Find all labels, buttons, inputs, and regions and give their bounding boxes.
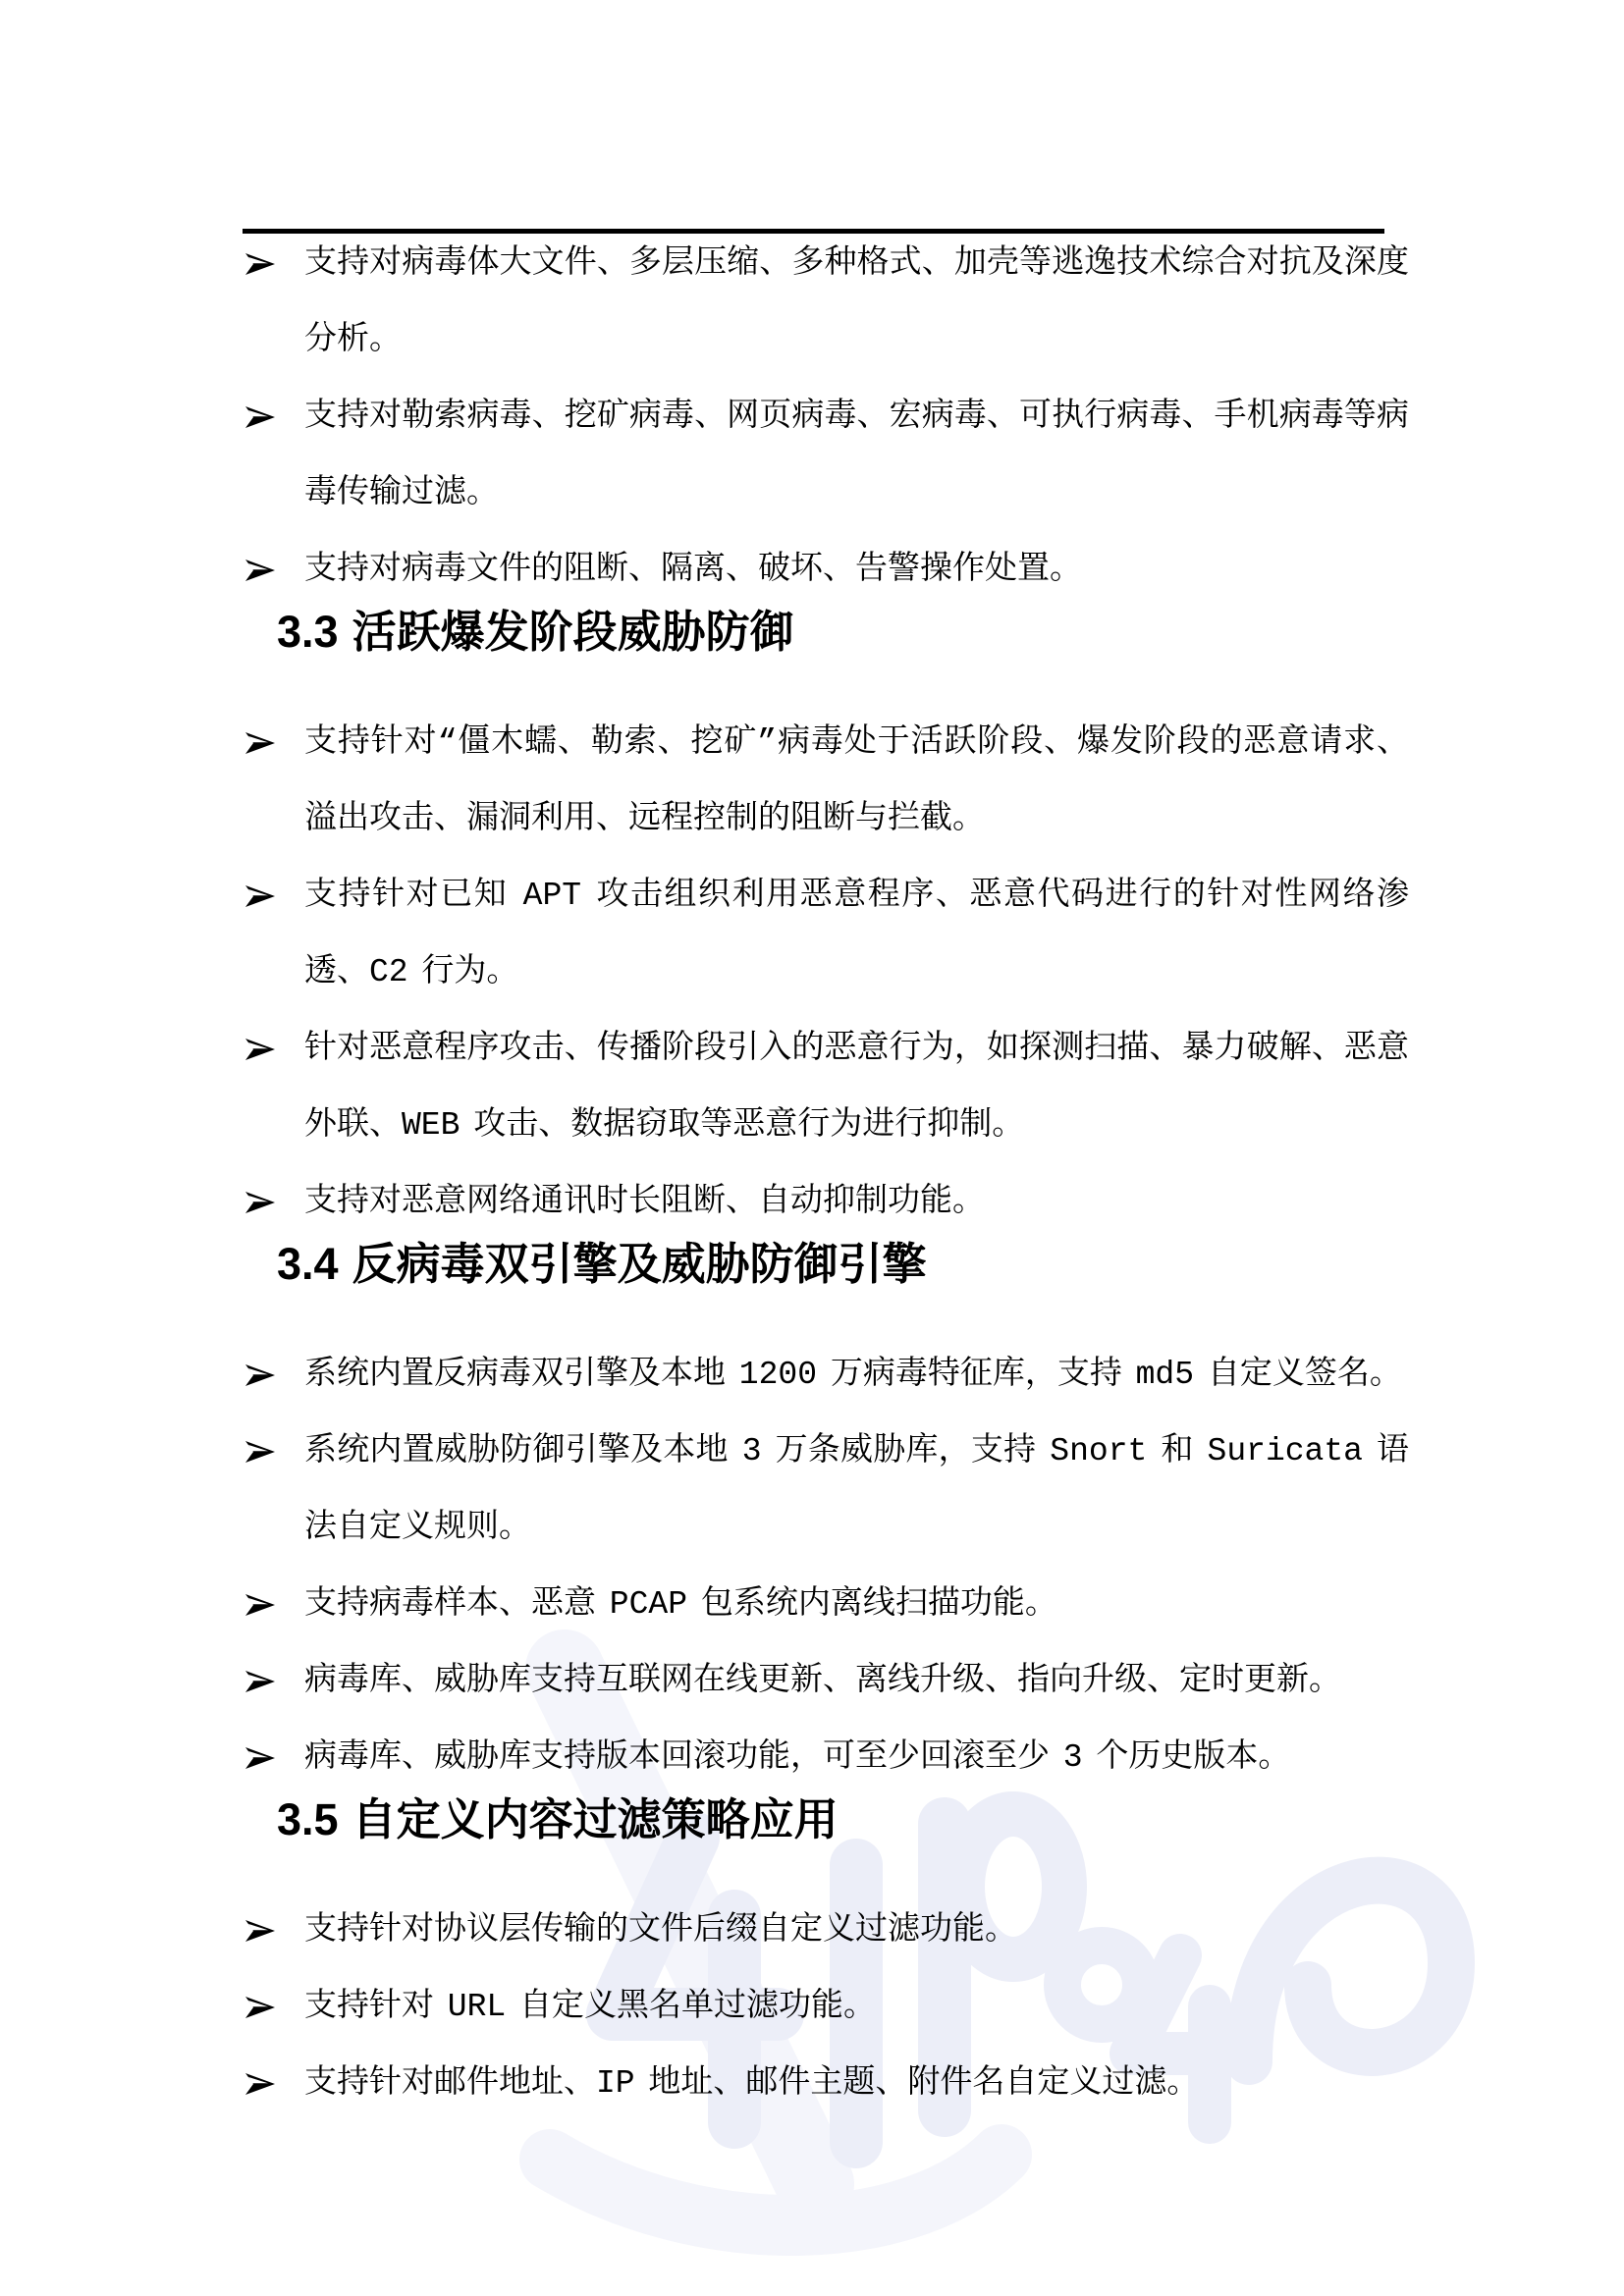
- bullet-arrowhead-icon: [244, 1918, 277, 1944]
- bullet-list: 支持对病毒体大文件、多层压缩、多种格式、加壳等逃逸技术综合对抗及深度分析。 支持…: [304, 226, 1409, 609]
- bullet-item-text: 支持对勒索病毒、挖矿病毒、网页病毒、宏病毒、可执行病毒、手机病毒等病毒传输过滤。: [304, 399, 1409, 511]
- bullet-arrowhead-icon: [244, 1037, 277, 1062]
- bullet-list: 支持针对协议层传输的文件后缀自定义过滤功能。 支持针对 URL 自定义黑名单过滤…: [304, 1893, 1409, 2122]
- section-number: 3.3: [277, 607, 339, 657]
- bullet-item-text: 针对恶意程序攻击、传播阶段引入的恶意行为，如探测扫描、暴力破解、恶意外联、WEB…: [304, 1031, 1409, 1144]
- section-title: 自定义内容过滤策略应用: [352, 1795, 839, 1844]
- bullet-item-text: 支持对恶意网络通讯时长阻断、自动抑制功能。: [304, 1184, 985, 1220]
- list-item: 系统内置反病毒双引擎及本地 1200 万病毒特征库，支持 md5 自定义签名。: [304, 1337, 1409, 1414]
- bullet-arrowhead-icon: [244, 730, 277, 756]
- bullet-list: 支持针对“僵木蠕、勒索、挖矿”病毒处于活跃阶段、爆发阶段的恶意请求、溢出攻击、漏…: [304, 705, 1409, 1241]
- list-item: 针对恶意程序攻击、传播阶段引入的恶意行为，如探测扫描、暴力破解、恶意外联、WEB…: [304, 1011, 1409, 1164]
- list-item: 支持针对邮件地址、IP 地址、邮件主题、附件名自定义过滤。: [304, 2046, 1409, 2122]
- bullet-list: 系统内置反病毒双引擎及本地 1200 万病毒特征库，支持 md5 自定义签名。 …: [304, 1337, 1409, 1796]
- list-item: 支持对勒索病毒、挖矿病毒、网页病毒、宏病毒、可执行病毒、手机病毒等病毒传输过滤。: [304, 379, 1409, 532]
- bullet-item-text: 系统内置反病毒双引擎及本地 1200 万病毒特征库，支持 md5 自定义签名。: [304, 1357, 1402, 1393]
- document-content: 支持对病毒体大文件、多层压缩、多种格式、加壳等逃逸技术综合对抗及深度分析。 支持…: [304, 226, 1409, 2122]
- bullet-arrowhead-icon: [244, 1995, 277, 2020]
- bullet-arrowhead-icon: [244, 1362, 277, 1388]
- section-number: 3.4: [277, 1239, 339, 1289]
- bullet-arrowhead-icon: [244, 251, 277, 277]
- list-item: 支持对病毒体大文件、多层压缩、多种格式、加壳等逃逸技术综合对抗及深度分析。: [304, 226, 1409, 379]
- bullet-arrowhead-icon: [244, 883, 277, 909]
- bullet-item-text: 系统内置威胁防御引擎及本地 3 万条威胁库，支持 Snort 和 Suricat…: [304, 1433, 1409, 1546]
- bullet-item-text: 支持针对邮件地址、IP 地址、邮件主题、附件名自定义过滤。: [304, 2065, 1199, 2102]
- bullet-item-text: 支持针对 URL 自定义黑名单过滤功能。: [304, 1989, 876, 2025]
- bullet-arrowhead-icon: [244, 1592, 277, 1618]
- bullet-item-text: 支持对病毒文件的阻断、隔离、破坏、告警操作处置。: [304, 552, 1082, 588]
- list-item: 支持针对 URL 自定义黑名单过滤功能。: [304, 1969, 1409, 2046]
- list-item: 支持病毒样本、恶意 PCAP 包系统内离线扫描功能。: [304, 1567, 1409, 1643]
- list-item: 支持针对“僵木蠕、勒索、挖矿”病毒处于活跃阶段、爆发阶段的恶意请求、溢出攻击、漏…: [304, 705, 1409, 858]
- bullet-arrowhead-icon: [244, 2071, 277, 2097]
- bullet-arrowhead-icon: [244, 1190, 277, 1215]
- list-item: 支持对恶意网络通讯时长阻断、自动抑制功能。: [304, 1164, 1409, 1241]
- bullet-arrowhead-icon: [244, 558, 277, 583]
- bullet-arrowhead-icon: [244, 1669, 277, 1694]
- list-item: 支持针对已知 APT 攻击组织利用恶意程序、恶意代码进行的针对性网络渗透、C2 …: [304, 858, 1409, 1011]
- list-item: 病毒库、威胁库支持互联网在线更新、离线升级、指向升级、定时更新。: [304, 1643, 1409, 1720]
- bullet-arrowhead-icon: [244, 1439, 277, 1465]
- bullet-item-text: 病毒库、威胁库支持互联网在线更新、离线升级、指向升级、定时更新。: [304, 1663, 1341, 1699]
- section-title: 活跃爆发阶段威胁防御: [352, 608, 794, 657]
- bullet-arrowhead-icon: [244, 404, 277, 430]
- bullet-item-text: 支持针对已知 APT 攻击组织利用恶意程序、恶意代码进行的针对性网络渗透、C2 …: [304, 878, 1409, 990]
- bullet-item-text: 病毒库、威胁库支持版本回滚功能，可至少回滚至少 3 个历史版本。: [304, 1739, 1290, 1776]
- list-item: 病毒库、威胁库支持版本回滚功能，可至少回滚至少 3 个历史版本。: [304, 1720, 1409, 1796]
- list-item: 系统内置威胁防御引擎及本地 3 万条威胁库，支持 Snort 和 Suricat…: [304, 1414, 1409, 1567]
- section-title: 反病毒双引擎及威胁防御引擎: [352, 1240, 927, 1289]
- bullet-item-text: 支持病毒样本、恶意 PCAP 包系统内离线扫描功能。: [304, 1586, 1057, 1623]
- list-item: 支持对病毒文件的阻断、隔离、破坏、告警操作处置。: [304, 532, 1409, 609]
- bullet-item-text: 支持对病毒体大文件、多层压缩、多种格式、加壳等逃逸技术综合对抗及深度分析。: [304, 245, 1409, 358]
- list-item: 支持针对协议层传输的文件后缀自定义过滤功能。: [304, 1893, 1409, 1969]
- bullet-item-text: 支持针对协议层传输的文件后缀自定义过滤功能。: [304, 1912, 1017, 1949]
- section-number: 3.5: [277, 1794, 339, 1844]
- document-page: 支持对病毒体大文件、多层压缩、多种格式、加壳等逃逸技术综合对抗及深度分析。 支持…: [0, 0, 1624, 2296]
- bullet-arrowhead-icon: [244, 1745, 277, 1771]
- bullet-item-text: 支持针对“僵木蠕、勒索、挖矿”病毒处于活跃阶段、爆发阶段的恶意请求、溢出攻击、漏…: [304, 724, 1409, 837]
